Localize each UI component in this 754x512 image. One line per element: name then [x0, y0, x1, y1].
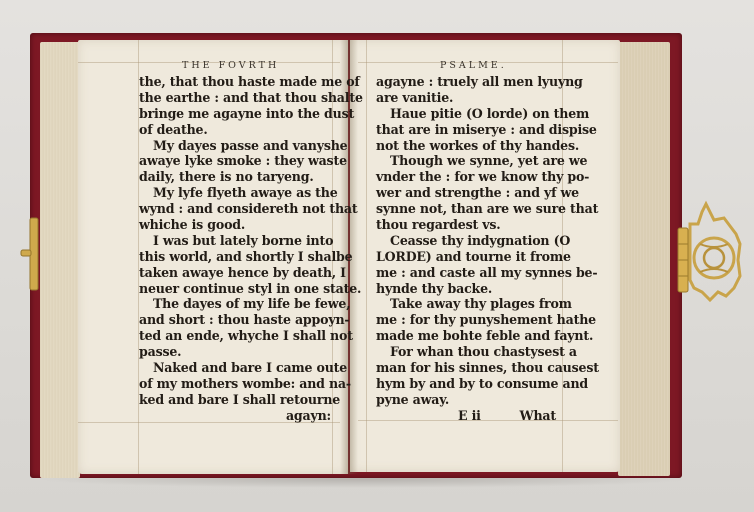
right-page-edges: [618, 42, 670, 476]
text-line: Naked and bare I came oute: [139, 360, 331, 376]
signature-mark: E ii: [458, 408, 481, 424]
text-line: My lyfe flyeth awaye as the: [139, 185, 331, 201]
text-line: me : for thy punyshement hathe: [376, 312, 556, 328]
brass-clasp-icon: [676, 200, 744, 304]
text-line: vnder the : for we know thy po-: [376, 169, 556, 185]
text-line: wer and strengthe : and yf we: [376, 185, 556, 201]
left-page-text: the, that thou haste made me ofthe earth…: [139, 74, 331, 424]
text-line: Haue pitie (O lorde) on them: [376, 106, 556, 122]
text-line: me : and caste all my synnes be-: [376, 265, 556, 281]
text-line: awaye lyke smoke : they waste: [139, 153, 331, 169]
text-line: neuer continue styl in one state.: [139, 281, 331, 297]
text-line: synne not, than are we sure that: [376, 201, 556, 217]
text-line: daily, there is no taryeng.: [139, 169, 331, 185]
text-line: agayn:: [139, 408, 331, 424]
text-line: ked and bare I shall retourne: [139, 392, 331, 408]
text-line: whiche is good.: [139, 217, 331, 233]
text-line: passe.: [139, 344, 331, 360]
text-line: pyne away.: [376, 392, 556, 408]
text-line: Take away thy plages from: [376, 296, 556, 312]
catchword: What: [520, 408, 556, 424]
text-line: hynde thy backe.: [376, 281, 556, 297]
text-line: wynd : and considereth not that: [139, 201, 331, 217]
text-line: are vanitie.: [376, 90, 556, 106]
footer-row: E ii What: [376, 408, 556, 424]
left-running-head: THE FOVRTH: [182, 60, 279, 71]
text-line: hym by and by to consume and: [376, 376, 556, 392]
text-line: of deathe.: [139, 122, 331, 138]
text-line: this world, and shortly I shalbe: [139, 249, 331, 265]
text-line: the, that thou haste made me of: [139, 74, 331, 90]
text-line: made me bohte feble and faynt.: [376, 328, 556, 344]
text-line: man for his sinnes, thou causest: [376, 360, 556, 376]
text-line: thou regardest vs.: [376, 217, 556, 233]
text-line: I was but lately borne into: [139, 233, 331, 249]
text-line: Though we synne, yet are we: [376, 153, 556, 169]
text-line: of my mothers wombe: and na-: [139, 376, 331, 392]
left-page-edges: [40, 42, 80, 478]
text-line: My dayes passe and vanyshe: [139, 138, 331, 154]
text-line: agayne : truely all men lyuyng: [376, 74, 556, 90]
text-line: the earthe : and that thou shalte: [139, 90, 331, 106]
right-running-head: PSALME.: [440, 60, 507, 71]
text-line: and short : thou haste appoyn-: [139, 312, 331, 328]
brass-catch-icon: [20, 216, 42, 292]
text-line: not the workes of thy handes.: [376, 138, 556, 154]
text-line: ted an ende, whyche I shall not: [139, 328, 331, 344]
text-line: Ceasse thy indygnation (O: [376, 233, 556, 249]
text-line: that are in miserye : and dispise: [376, 122, 556, 138]
text-line: The dayes of my life be fewe,: [139, 296, 331, 312]
text-line: taken awaye hence by death, I: [139, 265, 331, 281]
right-page-text: agayne : truely all men lyuyngare vaniti…: [376, 74, 556, 424]
rule-line: [366, 40, 367, 472]
text-line: LORDE) and tourne it frome: [376, 249, 556, 265]
text-line: For whan thou chastysest a: [376, 344, 556, 360]
text-line: bringe me agayne into the dust: [139, 106, 331, 122]
